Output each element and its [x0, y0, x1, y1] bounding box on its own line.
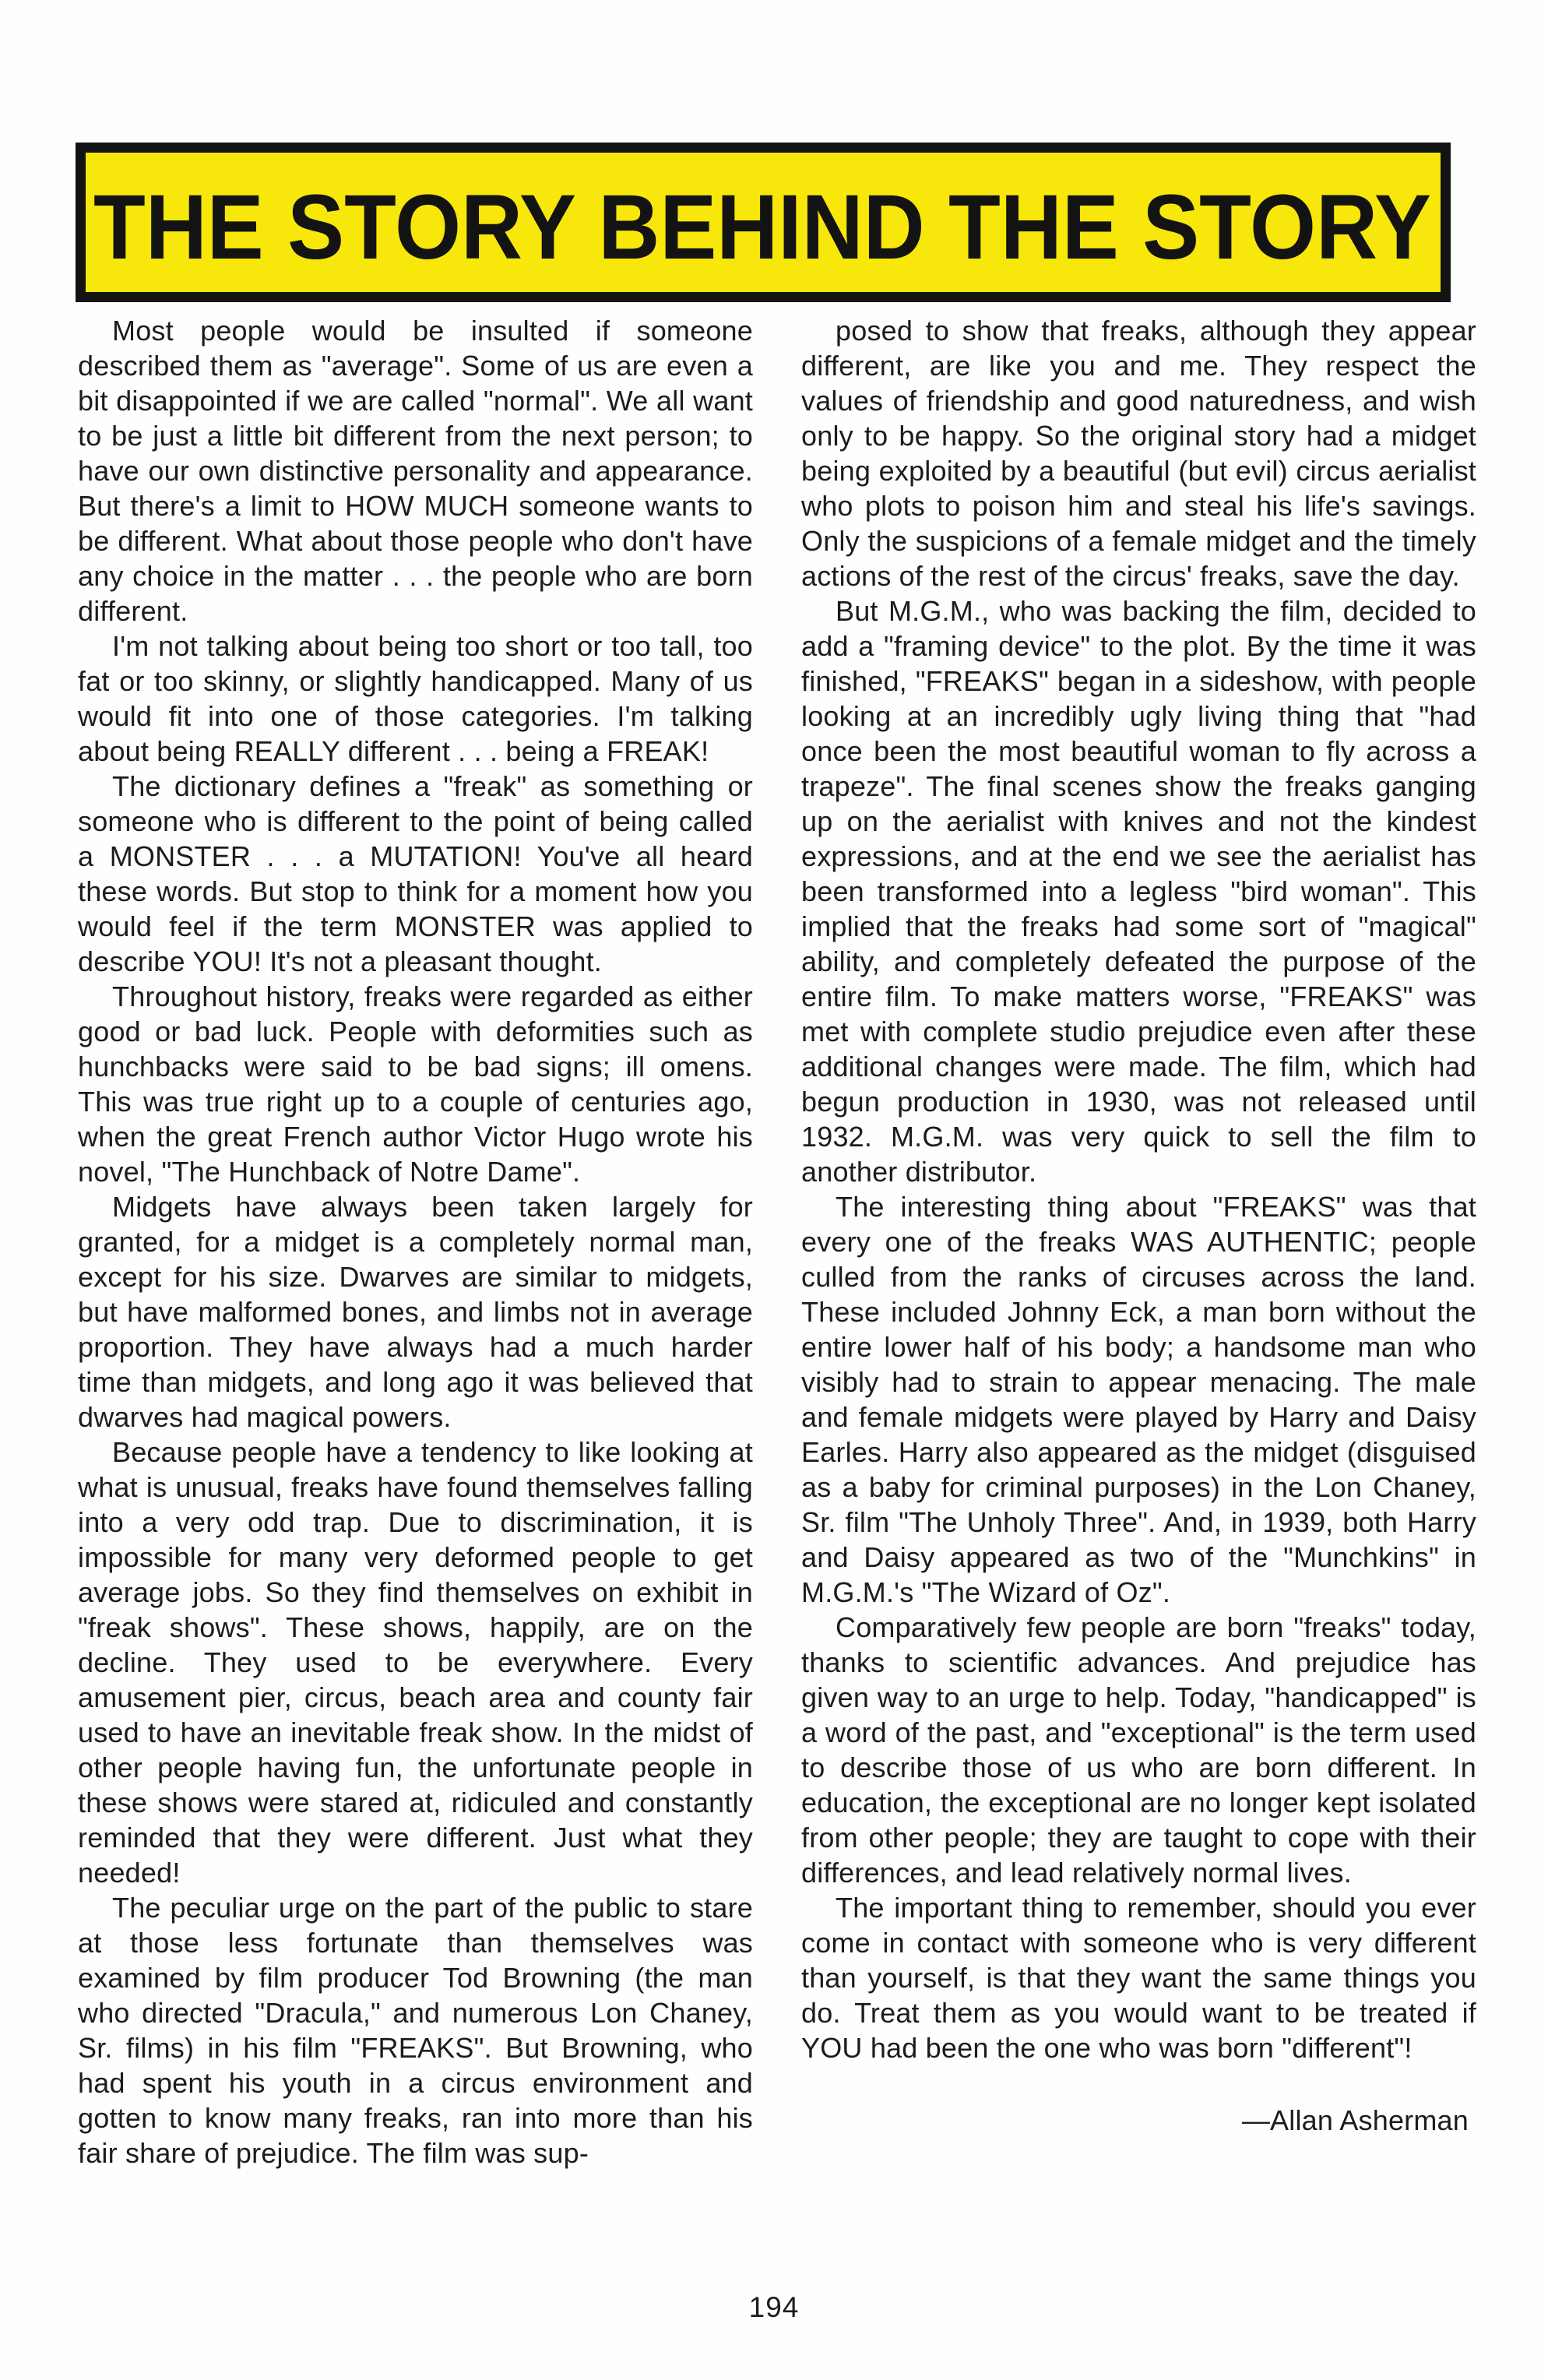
- paragraph-posed-to-show: posed to show that freaks, although they…: [801, 313, 1476, 593]
- banner-title-graphic: THE STORY BEHIND THE STORY: [86, 153, 1441, 292]
- paragraph-most-people: Most people would be insulted if someone…: [78, 313, 753, 628]
- paragraph-but-mgm: But M.G.M., who was backing the film, de…: [801, 593, 1476, 1189]
- magazine-page: THE STORY BEHIND THE STORY Most people w…: [0, 0, 1548, 2380]
- paragraph-comparatively-few: Comparatively few people are born "freak…: [801, 1610, 1476, 1890]
- left-column: Most people would be insulted if someone…: [78, 313, 753, 2171]
- paragraph-dictionary: The dictionary defines a "freak" as some…: [78, 769, 753, 979]
- title-banner: THE STORY BEHIND THE STORY: [76, 143, 1451, 302]
- paragraph-important-thing: The important thing to remember, should …: [801, 1890, 1476, 2065]
- page-title: THE STORY BEHIND THE STORY: [93, 176, 1431, 279]
- paragraph-throughout-history: Throughout history, freaks were regarded…: [78, 979, 753, 1189]
- paragraph-midgets: Midgets have always been taken largely f…: [78, 1189, 753, 1435]
- paragraph-interesting-thing: The interesting thing about "FREAKS" was…: [801, 1189, 1476, 1610]
- article-body: Most people would be insulted if someone…: [78, 313, 1476, 2171]
- page-number: 194: [0, 2291, 1548, 2324]
- paragraph-not-talking: I'm not talking about being too short or…: [78, 628, 753, 769]
- paragraph-peculiar-urge: The peculiar urge on the part of the pub…: [78, 1890, 753, 2171]
- byline: —Allan Asherman: [801, 2103, 1476, 2138]
- paragraph-because-people: Because people have a tendency to like l…: [78, 1435, 753, 1890]
- right-column: posed to show that freaks, although they…: [801, 313, 1476, 2171]
